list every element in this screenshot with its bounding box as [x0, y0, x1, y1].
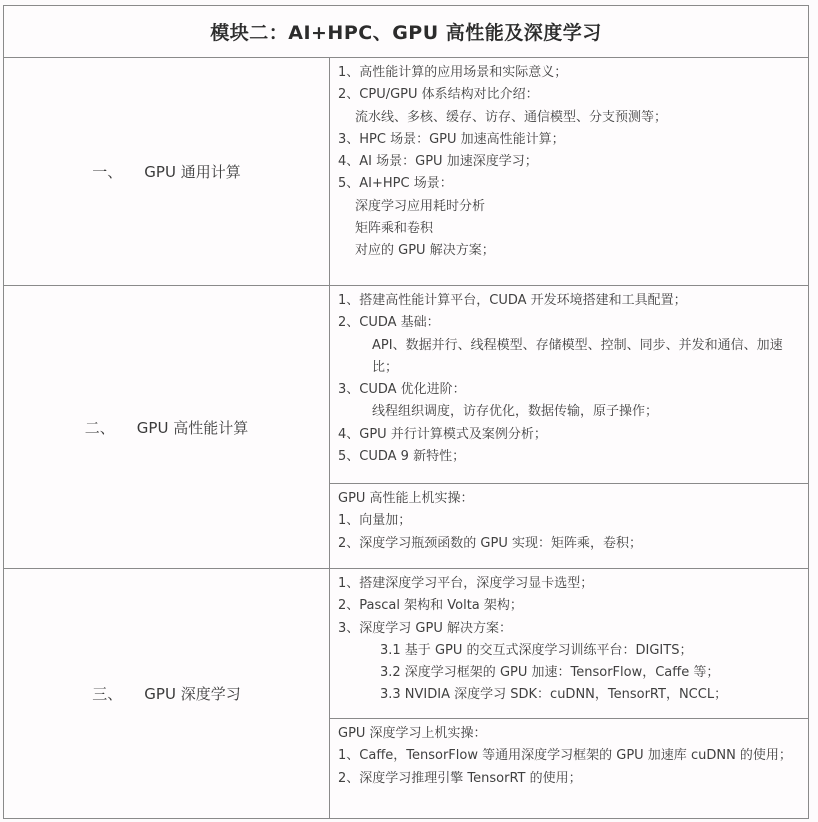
- section-label: 一、 GPU 通用计算: [4, 58, 330, 285]
- content-line: 3.3 NVIDIA 深度学习 SDK：cuDNN，TensorRT，NCCL；: [338, 684, 802, 706]
- section-label: 三、 GPU 深度学习: [4, 569, 330, 818]
- content-line: 对应的 GPU 解决方案；: [338, 240, 802, 262]
- content-line: 流水线、多核、缓存、访存、通信模型、分支预测等；: [338, 107, 802, 129]
- lab-line: GPU 高性能上机实操：: [338, 488, 802, 510]
- content-line: API、数据并行、线程模型、存储模型、控制、同步、并发和通信、加速比；: [338, 335, 802, 380]
- section-gpu-deep-learning: 三、 GPU 深度学习 1、搭建深度学习平台，深度学习显卡选型； 2、Pasca…: [4, 569, 808, 818]
- content-line: 1、高性能计算的应用场景和实际意义；: [338, 62, 802, 84]
- content-line: 矩阵乘和卷积: [338, 218, 802, 240]
- content-line: 3、CUDA 优化进阶：: [338, 379, 802, 401]
- section-gpu-general-computing: 一、 GPU 通用计算 1、高性能计算的应用场景和实际意义； 2、CPU/GPU…: [4, 58, 808, 286]
- section-content: 1、搭建高性能计算平台，CUDA 开发环境搭建和工具配置； 2、CUDA 基础：…: [330, 286, 808, 484]
- content-line: 2、Pascal 架构和 Volta 架构；: [338, 595, 802, 617]
- content-line: 5、AI+HPC 场景：: [338, 173, 802, 195]
- content-line: 3.1 基于 GPU 的交互式深度学习训练平台：DIGITS；: [338, 640, 802, 662]
- section-number: 一、: [92, 161, 122, 182]
- section-gpu-high-performance-computing: 二、 GPU 高性能计算 1、搭建高性能计算平台，CUDA 开发环境搭建和工具配…: [4, 286, 808, 569]
- module-title: 模块二：AI+HPC、GPU 高性能及深度学习: [210, 18, 602, 45]
- course-module-table: 模块二：AI+HPC、GPU 高性能及深度学习 一、 GPU 通用计算 1、高性…: [3, 5, 809, 819]
- content-line: 3、深度学习 GPU 解决方案：: [338, 618, 802, 640]
- section-name: GPU 通用计算: [144, 161, 240, 182]
- content-line: 4、GPU 并行计算模式及案例分析；: [338, 424, 802, 446]
- content-line: 3、HPC 场景：GPU 加速高性能计算；: [338, 129, 802, 151]
- lab-line: GPU 深度学习上机实操：: [338, 723, 802, 745]
- lab-line: 1、向量加；: [338, 510, 802, 532]
- content-line: 1、搭建高性能计算平台，CUDA 开发环境搭建和工具配置；: [338, 290, 802, 312]
- section-number: 三、: [92, 683, 122, 704]
- content-line: 线程组织调度，访存优化，数据传输，原子操作；: [338, 401, 802, 423]
- module-title-row: 模块二：AI+HPC、GPU 高性能及深度学习: [4, 6, 808, 58]
- lab-line: 2、深度学习推理引擎 TensorRT 的使用；: [338, 768, 802, 790]
- content-line: 2、CPU/GPU 体系结构对比介绍：: [338, 84, 802, 106]
- content-line: 4、AI 场景：GPU 加速深度学习；: [338, 151, 802, 173]
- section-name: GPU 深度学习: [144, 683, 240, 704]
- section-content: 1、高性能计算的应用场景和实际意义； 2、CPU/GPU 体系结构对比介绍： 流…: [330, 58, 808, 285]
- section-number: 二、: [85, 417, 115, 438]
- section-name: GPU 高性能计算: [137, 417, 248, 438]
- lab-line: 1、Caffe，TensorFlow 等通用深度学习框架的 GPU 加速库 cu…: [338, 745, 802, 767]
- content-line: 3.2 深度学习框架的 GPU 加速：TensorFlow，Caffe 等；: [338, 662, 802, 684]
- section-label: 二、 GPU 高性能计算: [4, 286, 330, 568]
- lab-content: GPU 高性能上机实操： 1、向量加； 2、深度学习瓶颈函数的 GPU 实现：矩…: [330, 484, 808, 568]
- content-line: 5、CUDA 9 新特性；: [338, 446, 802, 468]
- lab-content: GPU 深度学习上机实操： 1、Caffe，TensorFlow 等通用深度学习…: [330, 719, 808, 818]
- content-line: 2、CUDA 基础：: [338, 312, 802, 334]
- content-line: 1、搭建深度学习平台，深度学习显卡选型；: [338, 573, 802, 595]
- content-line: 深度学习应用耗时分析: [338, 196, 802, 218]
- lab-line: 2、深度学习瓶颈函数的 GPU 实现：矩阵乘，卷积；: [338, 533, 802, 555]
- section-content: 1、搭建深度学习平台，深度学习显卡选型； 2、Pascal 架构和 Volta …: [330, 569, 808, 719]
